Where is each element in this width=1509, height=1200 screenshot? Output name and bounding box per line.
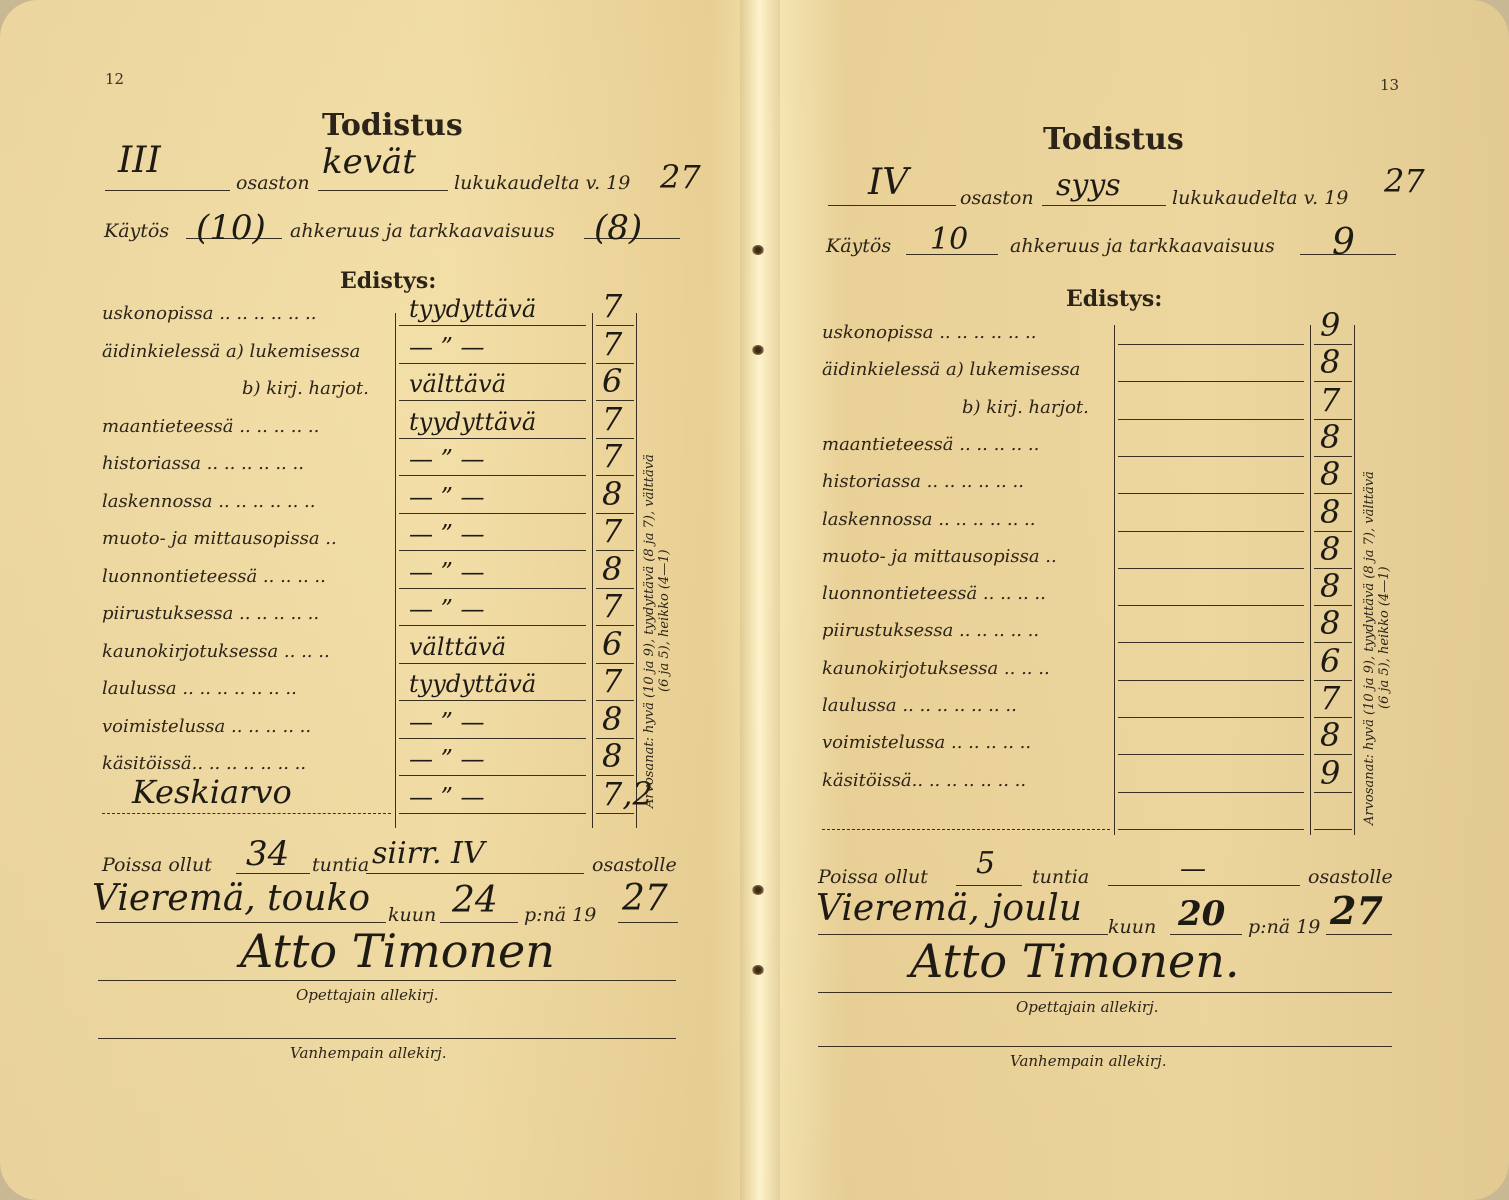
numeric-grade: 7 — [602, 325, 622, 363]
subject-name: luonnontieteessä .. .. .. .. — [102, 566, 326, 587]
subject-name: laskennossa .. .. .. .. .. .. — [102, 491, 316, 512]
subject-name: laulussa .. .. .. .. .. .. .. — [822, 695, 1017, 716]
numeric-grade: 9 — [1320, 754, 1340, 792]
subject-name: laulussa .. .. .. .. .. .. .. — [102, 678, 297, 699]
pna-label: p:nä 19 — [524, 904, 596, 926]
numeric-grade: 7 — [1320, 679, 1340, 717]
numeric-grade: 8 — [1320, 455, 1340, 493]
hours-label: tuntia — [1032, 866, 1089, 888]
verbal-grade: tyydyttävä — [409, 408, 536, 436]
verbal-grade: — ” — — [409, 595, 485, 623]
conduct-label: Käytös — [104, 220, 169, 242]
term: kevät — [322, 142, 416, 182]
page-title: Todistus — [1043, 122, 1184, 157]
place-month: Vieremä, joulu — [816, 888, 1082, 929]
verbal-grade: tyydyttävä — [409, 670, 536, 698]
subject-name: kaunokirjotuksessa .. .. .. — [102, 641, 330, 662]
year-suffix: 27 — [1384, 162, 1425, 200]
numeric-grade: 8 — [1320, 604, 1340, 642]
subject-name: voimistelussa .. .. .. .. .. — [822, 732, 1031, 753]
numeric-grade: 7 — [602, 587, 622, 625]
subject-name: piirustuksessa .. .. .. .. .. — [822, 620, 1039, 641]
subject-name: uskonopissa .. .. .. .. .. .. — [102, 303, 316, 324]
sign-year: 27 — [622, 878, 668, 919]
conduct-grade: 10 — [930, 222, 968, 257]
term-label: lukukaudelta v. 19 — [1172, 187, 1348, 209]
term-label: lukukaudelta v. 19 — [454, 172, 630, 194]
osaston-label: osaston — [236, 172, 310, 194]
subject-name: historiassa .. .. .. .. .. .. — [822, 471, 1024, 492]
parent-caption: Vanhempain allekirj. — [290, 1044, 446, 1062]
hours-label: tuntia — [312, 854, 369, 876]
subject-name: b) kirj. harjot. — [242, 378, 369, 399]
conduct-label: Käytös — [826, 235, 891, 257]
subject-name: käsitöissä.. .. .. .. .. .. .. — [822, 770, 1026, 791]
subject-name: b) kirj. harjot. — [962, 397, 1089, 418]
subject-name: maantieteessä .. .. .. .. .. — [102, 416, 319, 437]
numeric-grade: 9 — [1320, 306, 1340, 344]
verbal-grade: tyydyttävä — [409, 295, 536, 323]
numeric-grade: 6 — [1320, 642, 1340, 680]
verbal-grade: — ” — — [409, 558, 485, 586]
promotion-label: osastolle — [1308, 866, 1393, 888]
page-number: 12 — [105, 70, 124, 88]
verbal-grade: — ” — — [409, 483, 485, 511]
absent-hours: 5 — [976, 846, 995, 881]
teacher-caption: Opettajain allekirj. — [1016, 998, 1159, 1016]
verbal-grade: välttävä — [409, 633, 506, 661]
grade-level: IV — [868, 162, 908, 203]
kuun-label: kuun — [388, 904, 436, 926]
grade-level: III — [118, 140, 161, 181]
conduct-grade: (10) — [196, 208, 266, 248]
right-page: 13 Todistus IV osaston syys lukukaudelta… — [760, 0, 1509, 1200]
subject-name: käsitöissä.. .. .. .. .. .. .. — [102, 753, 306, 774]
place-month: Vieremä, touko — [92, 878, 370, 919]
absent-hours: 34 — [246, 834, 289, 874]
pna-label: p:nä 19 — [1248, 916, 1320, 938]
numeric-grade: 8 — [602, 737, 622, 775]
subject-name: historiassa .. .. .. .. .. .. — [102, 453, 304, 474]
promotion-label: osastolle — [592, 854, 677, 876]
numeric-grade: 8 — [602, 700, 622, 738]
numeric-grade: 7 — [1320, 381, 1340, 419]
numeric-grade: 8 — [1320, 530, 1340, 568]
subject-name: uskonopissa .. .. .. .. .. .. — [822, 322, 1036, 343]
grading-legend: Arvosanat: hyvä (10 ja 9), tyydyttävä (8… — [1362, 471, 1392, 825]
progress-heading: Edistys: — [340, 268, 436, 294]
subject-name: muoto- ja mittausopissa .. — [102, 528, 337, 549]
numeric-grade: 6 — [602, 362, 622, 400]
sign-day: 20 — [1178, 894, 1225, 934]
numeric-grade: 8 — [1320, 418, 1340, 456]
diligence-label: ahkeruus ja tarkkaavaisuus — [290, 220, 555, 242]
verbal-grade: välttävä — [409, 370, 506, 398]
subject-name: laskennossa .. .. .. .. .. .. — [822, 509, 1036, 530]
subject-name: muoto- ja mittausopissa .. — [822, 546, 1057, 567]
numeric-grade: 8 — [1320, 567, 1340, 605]
verbal-grade: — ” — — [409, 745, 485, 773]
parent-caption: Vanhempain allekirj. — [1010, 1052, 1166, 1070]
numeric-grade: 8 — [1320, 716, 1340, 754]
subject-name: kaunokirjotuksessa .. .. .. — [822, 658, 1050, 679]
page-number: 13 — [1380, 76, 1399, 94]
progress-heading: Edistys: — [1066, 286, 1162, 312]
subject-name: voimistelussa .. .. .. .. .. — [102, 716, 311, 737]
numeric-grade: 7 — [602, 662, 622, 700]
numeric-grade: 8 — [1320, 493, 1340, 531]
teacher-caption: Opettajain allekirj. — [296, 986, 439, 1004]
sign-day: 24 — [452, 880, 498, 921]
absent-label: Poissa ollut — [102, 854, 212, 876]
subject-name: äidinkielessä a) lukemisessa — [822, 359, 1080, 380]
verbal-grade: — ” — — [409, 445, 485, 473]
subject-name: maantieteessä .. .. .. .. .. — [822, 434, 1039, 455]
average-label: Keskiarvo — [132, 773, 292, 811]
subject-name: äidinkielessä a) lukemisessa — [102, 341, 360, 362]
numeric-grade: 8 — [1320, 343, 1340, 381]
left-page: 12 Todistus III osaston kevät lukukaudel… — [0, 0, 750, 1200]
subject-name: piirustuksessa .. .. .. .. .. — [102, 603, 319, 624]
diligence-grade: (8) — [594, 208, 642, 248]
absent-label: Poissa ollut — [818, 866, 928, 888]
numeric-grade: 7 — [602, 437, 622, 475]
numeric-grade: 6 — [602, 625, 622, 663]
numeric-grade: 7 — [602, 512, 622, 550]
report-book-spread: 12 Todistus III osaston kevät lukukaudel… — [0, 0, 1509, 1200]
verbal-grade: — ” — — [409, 783, 485, 811]
grading-legend: Arvosanat: hyvä (10 ja 9), tyydyttävä (8… — [642, 454, 672, 808]
diligence-label: ahkeruus ja tarkkaavaisuus — [1010, 235, 1275, 257]
promotion: siirr. IV — [372, 836, 485, 871]
numeric-grade: 7 — [602, 287, 622, 325]
year-suffix: 27 — [660, 158, 701, 196]
teacher-signature: Atto Timonen. — [910, 934, 1240, 988]
page-title: Todistus — [322, 108, 463, 143]
sign-year: 27 — [1330, 888, 1383, 933]
numeric-grade: 7 — [602, 400, 622, 438]
verbal-grade: — ” — — [409, 708, 485, 736]
numeric-grade: 8 — [602, 475, 622, 513]
term: syys — [1056, 168, 1121, 203]
verbal-grade: — ” — — [409, 333, 485, 361]
subject-name: luonnontieteessä .. .. .. .. — [822, 583, 1046, 604]
teacher-signature: Atto Timonen — [240, 924, 555, 978]
promotion: — — [1180, 854, 1206, 884]
verbal-grade: — ” — — [409, 520, 485, 548]
numeric-grade: 8 — [602, 550, 622, 588]
diligence-grade: 9 — [1332, 222, 1355, 263]
osaston-label: osaston — [960, 187, 1034, 209]
